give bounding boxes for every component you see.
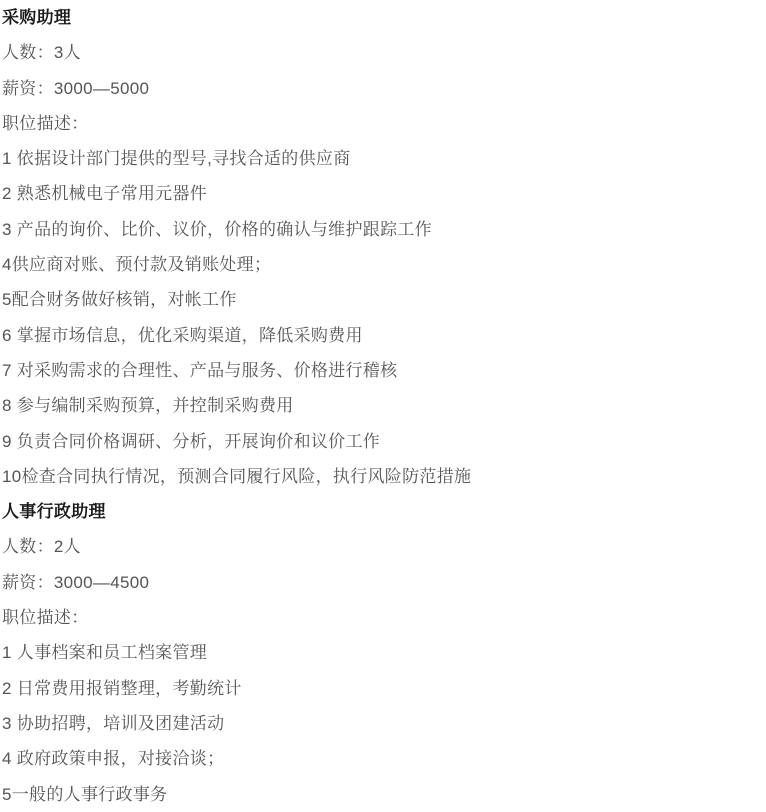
duty-line: 3 协助招聘，培训及团建活动 (2, 706, 766, 741)
duty-line: 6 掌握市场信息，优化采购渠道，降低采购费用 (2, 318, 766, 353)
description-label: 职位描述： (2, 106, 766, 141)
duty-line: 2 日常费用报销整理，考勤统计 (2, 671, 766, 706)
job-title: 人事行政助理 (2, 494, 766, 529)
duty-line: 7 对采购需求的合理性、产品与服务、价格进行稽核 (2, 353, 766, 388)
duty-line: 8 参与编制采购预算，并控制采购费用 (2, 388, 766, 423)
duty-line: 4供应商对账、预付款及销账处理； (2, 247, 766, 282)
duty-line: 2 熟悉机械电子常用元器件 (2, 176, 766, 211)
duty-line: 5配合财务做好核销，对帐工作 (2, 282, 766, 317)
headcount-line: 人数：3人 (2, 35, 766, 70)
duty-line: 4 政府政策申报，对接洽谈； (2, 741, 766, 776)
duty-line: 10检查合同执行情况，预测合同履行风险，执行风险防范措施 (2, 459, 766, 494)
duty-line: 1 依据设计部门提供的型号,寻找合适的供应商 (2, 141, 766, 176)
salary-line: 薪资：3000—5000 (2, 71, 766, 106)
job-section-procurement-assistant: 采购助理 人数：3人 薪资：3000—5000 职位描述： 1 依据设计部门提供… (2, 0, 766, 494)
job-description-document: 采购助理 人数：3人 薪资：3000—5000 职位描述： 1 依据设计部门提供… (0, 0, 766, 812)
duty-line: 5一般的人事行政事务 (2, 777, 766, 812)
salary-line: 薪资：3000—4500 (2, 565, 766, 600)
job-title: 采购助理 (2, 0, 766, 35)
job-section-hr-admin-assistant: 人事行政助理 人数：2人 薪资：3000—4500 职位描述： 1 人事档案和员… (2, 494, 766, 812)
description-label: 职位描述： (2, 600, 766, 635)
duty-line: 3 产品的询价、比价、议价，价格的确认与维护跟踪工作 (2, 212, 766, 247)
duty-line: 1 人事档案和员工档案管理 (2, 635, 766, 670)
headcount-line: 人数：2人 (2, 529, 766, 564)
duty-line: 9 负责合同价格调研、分析，开展询价和议价工作 (2, 424, 766, 459)
